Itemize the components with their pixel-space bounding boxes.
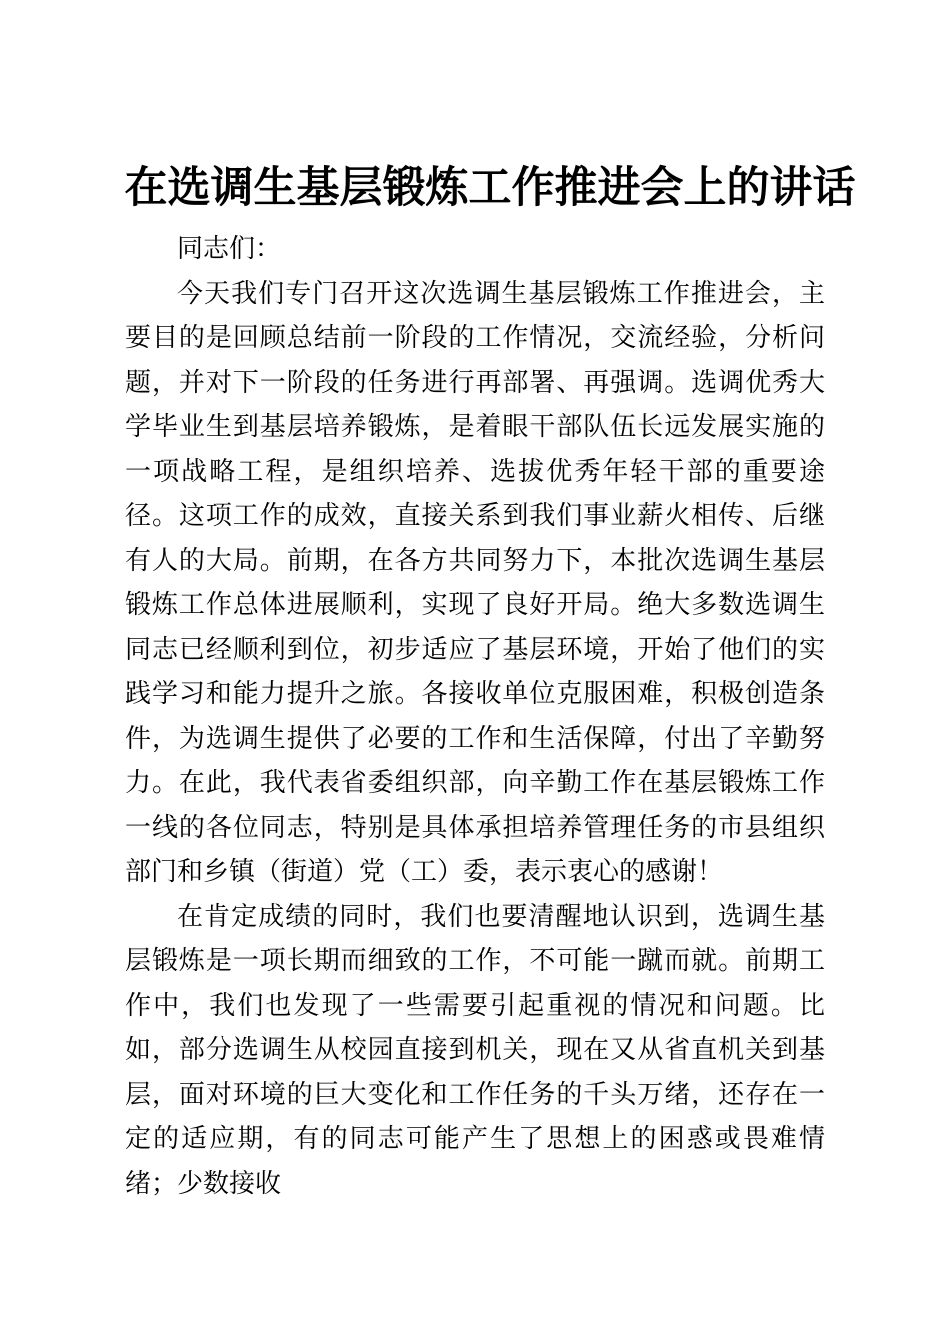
- paragraph-greeting: 同志们：: [125, 226, 825, 271]
- document-page: 在选调生基层锻炼工作推进会上的讲话 同志们： 今天我们专门召开这次选调生基层锻炼…: [0, 0, 950, 1344]
- document-body: 同志们： 今天我们专门召开这次选调生基层锻炼工作推进会，主要目的是回顾总结前一阶…: [125, 226, 825, 1205]
- document-title: 在选调生基层锻炼工作推进会上的讲话: [0, 0, 950, 213]
- paragraph-body-2: 在肯定成绩的同时，我们也要清醒地认识到，选调生基层锻炼是一项长期而细致的工作，不…: [125, 894, 825, 1206]
- paragraph-body-1: 今天我们专门召开这次选调生基层锻炼工作推进会，主要目的是回顾总结前一阶段的工作情…: [125, 271, 825, 894]
